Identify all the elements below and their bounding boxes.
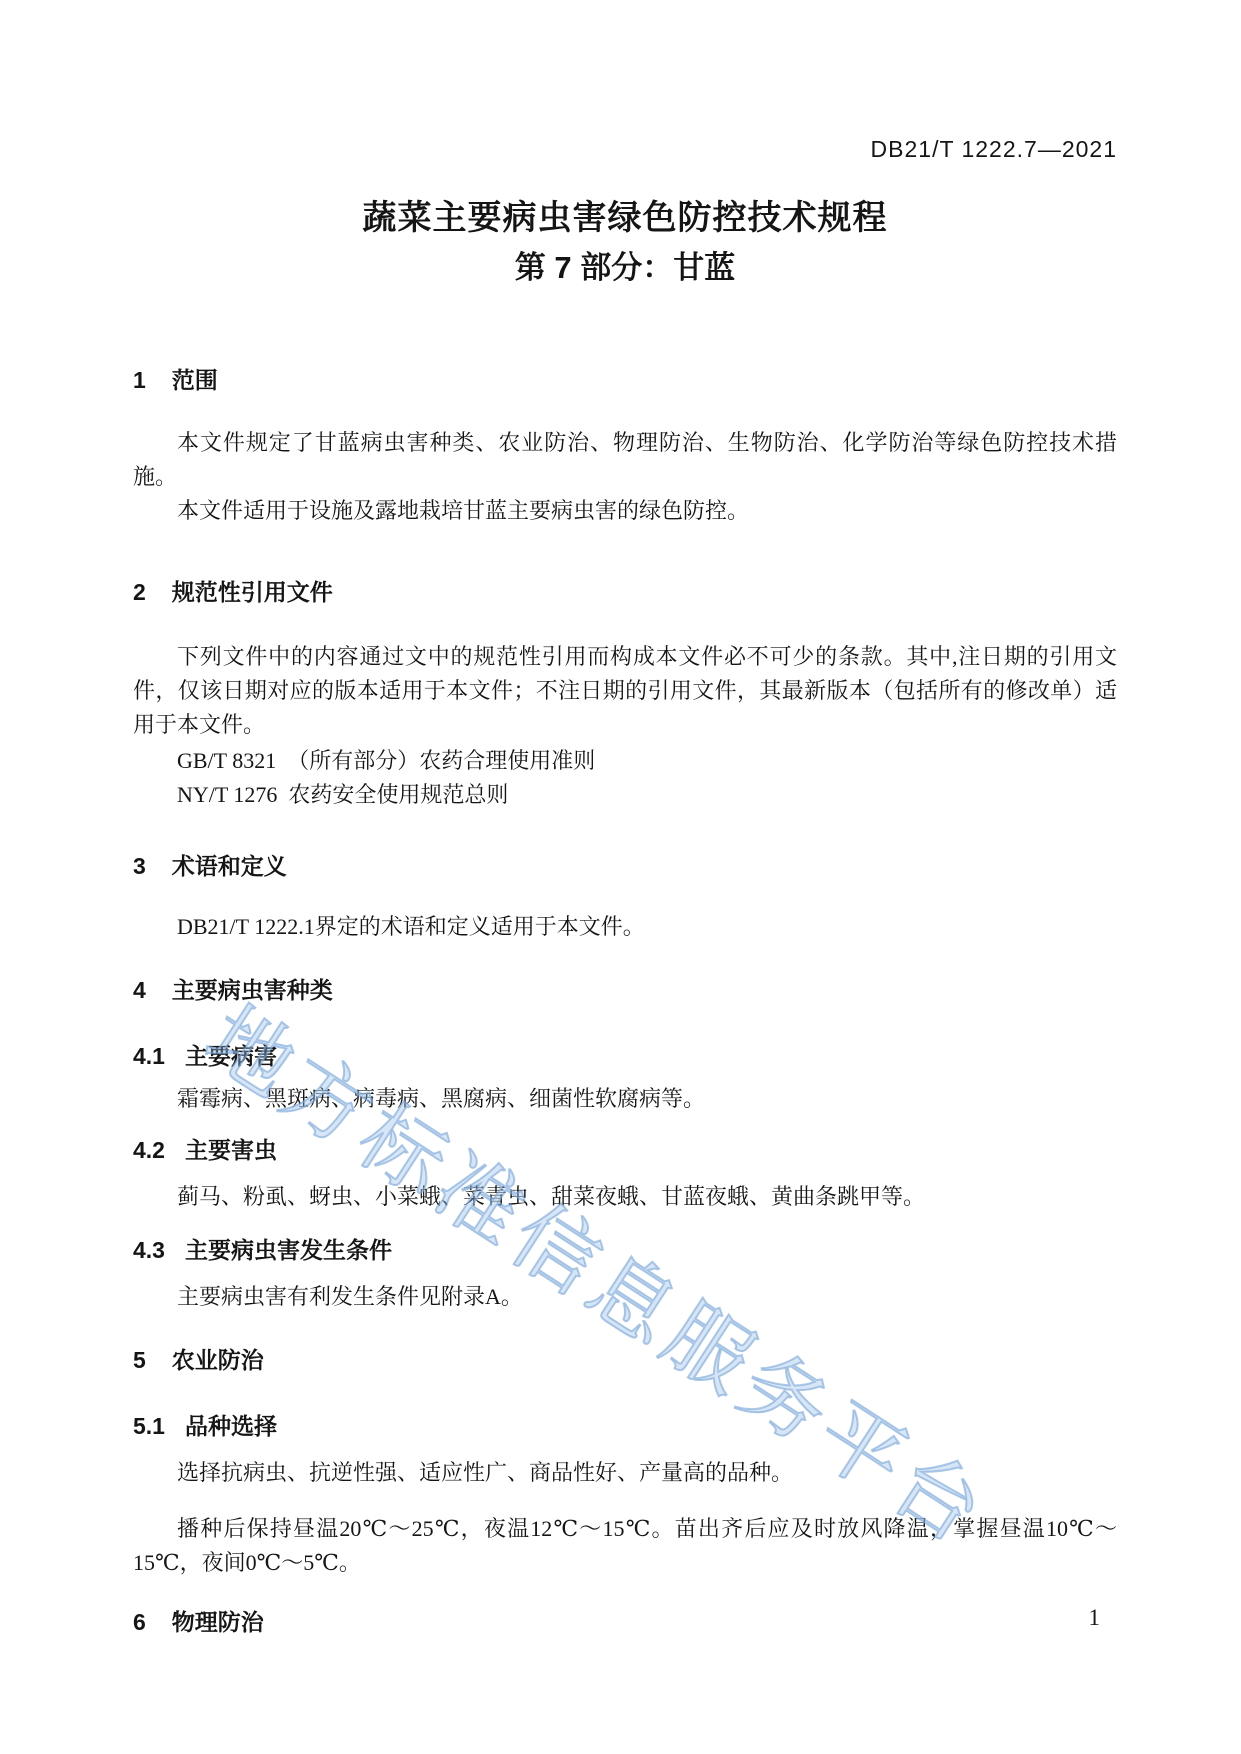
standard-document-page: DB21/T 1222.7—2021 蔬菜主要病虫害绿色防控技术规程 第 7 部… bbox=[0, 0, 1241, 1754]
section-title: 农业防治 bbox=[172, 1347, 264, 1373]
normative-reference: GB/T 8321 （所有部分）农药合理使用准则 bbox=[133, 744, 1117, 778]
paragraph: 下列文件中的内容通过文中的规范性引用而构成本文件必不可少的条款。其中,注日期的引… bbox=[133, 640, 1117, 742]
section-number: 6 bbox=[133, 1609, 146, 1635]
section-number: 4.2 bbox=[133, 1137, 165, 1163]
paragraph: 本文件适用于设施及露地栽培甘蓝主要病虫害的绿色防控。 bbox=[133, 494, 1117, 528]
section-3-heading: 3术语和定义 bbox=[133, 852, 1117, 880]
section-number: 4.3 bbox=[133, 1237, 165, 1263]
document-title-line1: 蔬菜主要病虫害绿色防控技术规程 bbox=[133, 196, 1117, 240]
document-title-line2: 第 7 部分：甘蓝 bbox=[133, 248, 1117, 288]
paragraph: 蓟马、粉虱、蚜虫、小菜蛾、菜青虫、甜菜夜蛾、甘蓝夜蛾、黄曲条跳甲等。 bbox=[133, 1180, 1117, 1214]
section-number: 4.1 bbox=[133, 1043, 165, 1069]
paragraph: 霜霉病、黑斑病、病毒病、黑腐病、细菌性软腐病等。 bbox=[133, 1082, 1117, 1116]
section-number: 3 bbox=[133, 853, 146, 879]
section-title: 主要病虫害发生条件 bbox=[185, 1237, 392, 1263]
section-number: 4 bbox=[133, 977, 146, 1003]
normative-reference: NY/T 1276 农药安全使用规范总则 bbox=[133, 778, 1117, 812]
section-4-2-heading: 4.2主要害虫 bbox=[133, 1136, 1117, 1164]
section-6-heading: 6物理防治 bbox=[133, 1608, 1117, 1636]
section-title: 主要病虫害种类 bbox=[172, 977, 333, 1003]
section-title: 范围 bbox=[172, 367, 218, 393]
section-number: 1 bbox=[133, 367, 146, 393]
paragraph: DB21/T 1222.1界定的术语和定义适用于本文件。 bbox=[133, 910, 1117, 944]
section-title: 品种选择 bbox=[185, 1413, 277, 1439]
section-2-heading: 2规范性引用文件 bbox=[133, 578, 1117, 606]
section-number: 2 bbox=[133, 579, 146, 605]
standard-code: DB21/T 1222.7—2021 bbox=[133, 136, 1117, 162]
section-title: 主要害虫 bbox=[185, 1137, 277, 1163]
section-title: 术语和定义 bbox=[172, 853, 287, 879]
section-5-1-heading: 5.1品种选择 bbox=[133, 1412, 1117, 1440]
section-title: 主要病害 bbox=[185, 1043, 277, 1069]
paragraph: 播种后保持昼温20℃～25℃，夜温12℃～15℃。苗出齐后应及时放风降温，掌握昼… bbox=[133, 1512, 1117, 1580]
paragraph: 本文件规定了甘蓝病虫害种类、农业防治、物理防治、生物防治、化学防治等绿色防控技术… bbox=[133, 426, 1117, 494]
section-number: 5.1 bbox=[133, 1413, 165, 1439]
paragraph: 主要病虫害有利发生条件见附录A。 bbox=[133, 1280, 1117, 1314]
section-title: 物理防治 bbox=[172, 1609, 264, 1635]
section-title: 规范性引用文件 bbox=[172, 579, 333, 605]
section-4-heading: 4主要病虫害种类 bbox=[133, 976, 1117, 1004]
section-5-heading: 5农业防治 bbox=[133, 1346, 1117, 1374]
section-number: 5 bbox=[133, 1347, 146, 1373]
paragraph: 选择抗病虫、抗逆性强、适应性广、商品性好、产量高的品种。 bbox=[133, 1456, 1117, 1490]
page-number: 1 bbox=[1089, 1604, 1101, 1632]
section-4-1-heading: 4.1主要病害 bbox=[133, 1042, 1117, 1070]
section-1-heading: 1范围 bbox=[133, 366, 1117, 394]
section-4-3-heading: 4.3主要病虫害发生条件 bbox=[133, 1236, 1117, 1264]
